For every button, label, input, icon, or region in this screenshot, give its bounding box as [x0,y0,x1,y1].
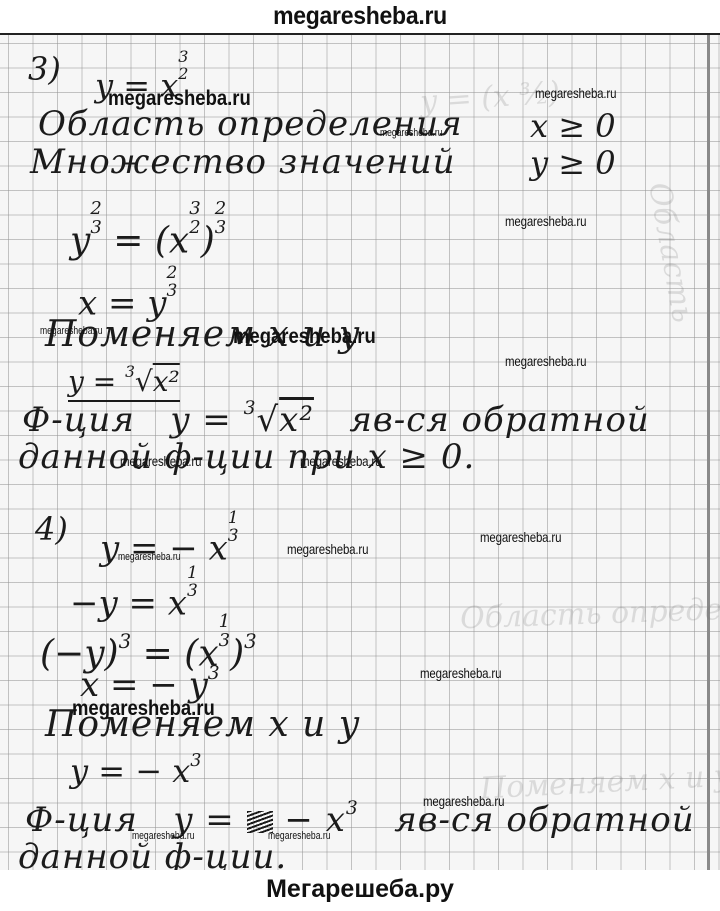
watermark: megaresheba.ru [120,453,201,469]
range-label: Множество значений [30,145,455,179]
problem-4-result: y = − x3 [70,753,201,787]
problem-4-conclusion-line-2: данной ф-ции. [18,840,287,870]
watermark: megaresheba.ru [108,87,251,111]
site-header: megaresheba.ru [29,0,691,33]
problem-4-step-2: (−y)3 = (x13)3 [40,613,257,673]
problem-3-conclusion-line-1: Ф-ция y = 3√x² яв-ся обратной [22,400,650,437]
watermark: megaresheba.ru [480,529,561,545]
watermark: megaresheba.ru [535,85,616,101]
problem-3-result: y = 3√x² [68,365,180,396]
watermark: megaresheba.ru [287,541,368,557]
margin-line [707,35,710,870]
domain-value: x ≥ 0 [530,110,616,142]
range-value: y ≥ 0 [530,147,616,179]
watermark: megaresheba.ru [505,353,586,369]
problem-4-conclusion-line-1: Ф-ция y = − x3 яв-ся обратной [25,800,695,837]
watermark: megaresheba.ru [300,453,381,469]
watermark: megaresheba.ru [505,213,586,229]
watermark: megaresheba.ru [118,551,180,563]
problem-3-step-2: x = y23 [78,265,177,321]
problem-3-conclusion-line-2: данной ф-ции при x ≥ 0. [18,440,475,474]
watermark: megaresheba.ru [268,830,330,842]
watermark: megaresheba.ru [132,830,194,842]
watermark: megaresheba.ru [233,325,376,349]
site-footer: Мегарешеба.ру [0,868,720,911]
watermark: megaresheba.ru [423,793,504,809]
problem-3-step-1: y23 = (x32)23 [70,200,226,260]
notebook-page: y = (x ³⁄₂) Область Область определения … [0,33,720,870]
watermark: megaresheba.ru [40,325,102,337]
watermark: megaresheba.ru [72,697,215,721]
problem-4-number: 4) [35,513,68,545]
watermark: megaresheba.ru [420,665,501,681]
bleed-through-text: Область [641,180,700,325]
problem-3-number: 3) [28,53,61,85]
watermark: megaresheba.ru [380,127,442,139]
bleed-through-text: Область определения [459,589,720,636]
